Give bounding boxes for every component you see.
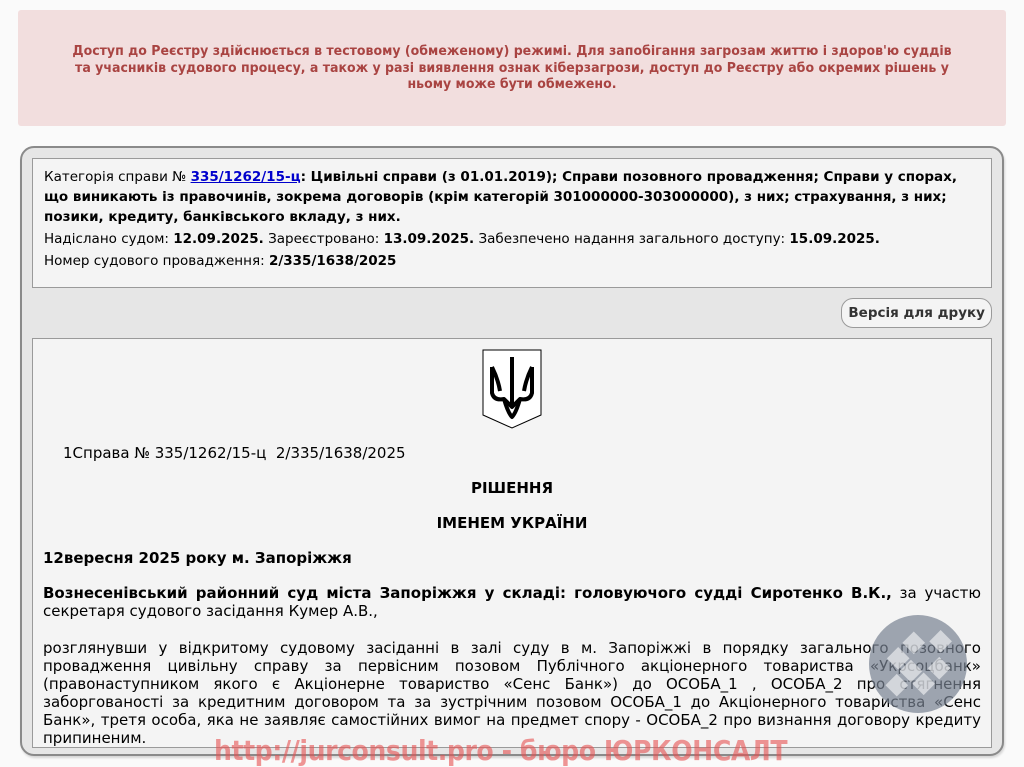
decision-frame: Категорія справи № 335/1262/15-ц: Цивіль… bbox=[20, 146, 1004, 756]
access-date: 15.09.2025. bbox=[789, 231, 880, 247]
decision-paragraph: розглянувши у відкритому судовому засіда… bbox=[43, 639, 981, 747]
proceeding-number: 2/335/1638/2025 bbox=[269, 253, 397, 269]
registry-access-notice: Доступ до Реєстру здійснюється в тестово… bbox=[18, 10, 1006, 126]
registered-date: 13.09.2025. bbox=[384, 231, 475, 247]
court-name: Вознесенівський районний суд міста Запор… bbox=[43, 584, 892, 602]
court-composition: Вознесенівський районний суд міста Запор… bbox=[43, 584, 981, 620]
ukraine-trident-icon bbox=[482, 349, 542, 429]
case-number-link[interactable]: 335/1262/15-ц bbox=[191, 169, 301, 185]
case-category: Категорія справи № 335/1262/15-ц: Цивіль… bbox=[44, 167, 980, 227]
registered-label: Зареєстровано: bbox=[268, 231, 379, 247]
decision-document: 1Справа № 335/1262/15-ц 2/335/1638/2025 … bbox=[32, 338, 992, 748]
category-label: Категорія справи № bbox=[44, 169, 186, 185]
decision-date: 12вересня 2025 року м. Запоріжжя bbox=[43, 549, 352, 567]
sent-label: Надіслано судом: bbox=[44, 231, 169, 247]
proceeding-label: Номер судового провадження: bbox=[44, 253, 265, 269]
access-label: Забезпечено надання загального доступу: bbox=[478, 231, 785, 247]
case-info-panel: Категорія справи № 335/1262/15-ц: Цивіль… bbox=[32, 158, 992, 288]
decision-subtitle: ІМЕНЕМ УКРАЇНИ bbox=[33, 514, 991, 532]
dates-row: Надіслано судом: 12.09.2025. Зареєстрова… bbox=[44, 229, 980, 249]
print-version-button[interactable]: Версія для друку bbox=[841, 298, 992, 328]
notice-text: Доступ до Реєстру здійснюється в тестово… bbox=[69, 43, 954, 93]
decision-title: РІШЕННЯ bbox=[33, 479, 991, 497]
sent-date: 12.09.2025. bbox=[173, 231, 264, 247]
case-line: 1Справа № 335/1262/15-ц 2/335/1638/2025 bbox=[63, 444, 406, 462]
proceeding-row: Номер судового провадження: 2/335/1638/2… bbox=[44, 251, 980, 271]
